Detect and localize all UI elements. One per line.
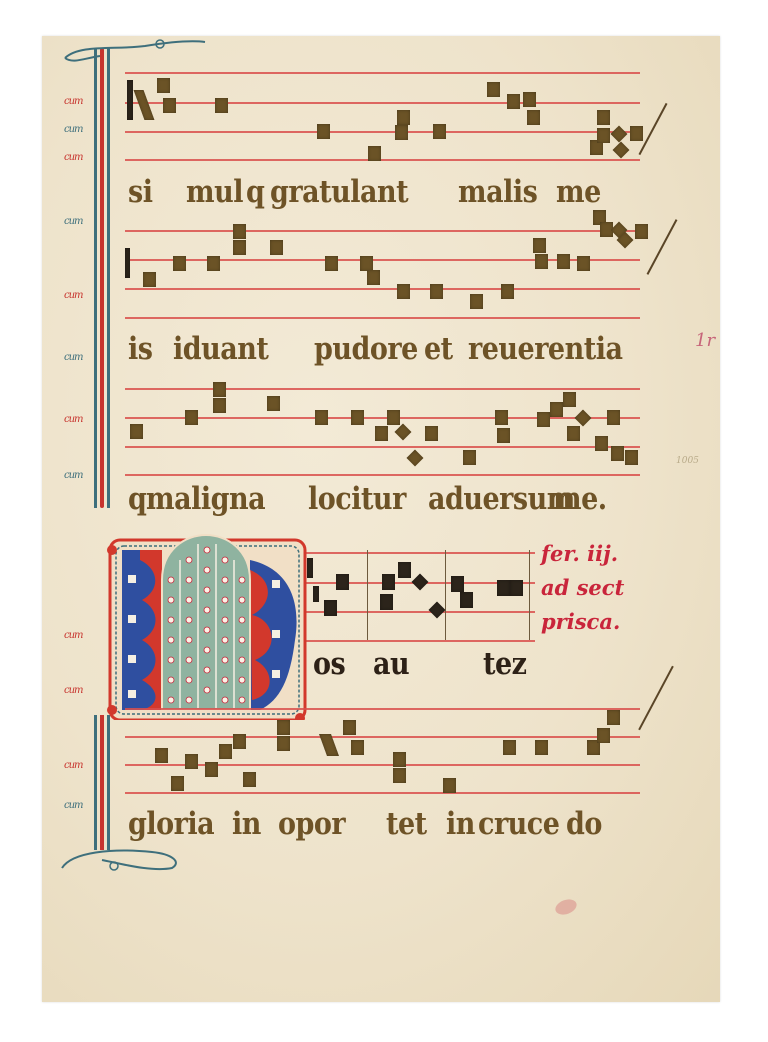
neume bbox=[205, 762, 218, 777]
neume bbox=[277, 736, 290, 751]
neume bbox=[495, 410, 508, 425]
neume bbox=[567, 426, 580, 441]
neume bbox=[433, 124, 446, 139]
neume-rhombus bbox=[407, 450, 424, 467]
neume-rhombus bbox=[613, 142, 630, 159]
neume bbox=[213, 398, 226, 413]
music-staff-2 bbox=[125, 228, 640, 320]
neume bbox=[368, 146, 381, 161]
neume bbox=[143, 272, 156, 287]
neume bbox=[207, 256, 220, 271]
neume bbox=[171, 776, 184, 791]
neume bbox=[510, 580, 523, 596]
neume bbox=[563, 392, 576, 407]
neume bbox=[130, 424, 143, 439]
neume bbox=[267, 396, 280, 411]
neume bbox=[535, 254, 548, 269]
music-staff-3 bbox=[125, 386, 640, 478]
neume bbox=[507, 94, 520, 109]
neume-rhombus bbox=[429, 602, 446, 619]
neume bbox=[325, 256, 338, 271]
neume bbox=[487, 82, 500, 97]
neume bbox=[157, 78, 170, 93]
rubric: fer. iij. ad sect prisca. bbox=[541, 537, 641, 639]
neume bbox=[550, 402, 563, 417]
clef bbox=[125, 248, 130, 278]
neume bbox=[533, 238, 546, 253]
neume bbox=[597, 128, 610, 143]
neume bbox=[595, 436, 608, 451]
neume-rhombus bbox=[395, 424, 412, 441]
neume bbox=[430, 284, 443, 299]
neume bbox=[497, 580, 510, 596]
neume bbox=[635, 224, 648, 239]
neume-rhombus bbox=[611, 126, 628, 143]
neume bbox=[277, 720, 290, 735]
neume bbox=[213, 382, 226, 397]
left-border-bar bbox=[92, 48, 112, 508]
neume bbox=[607, 410, 620, 425]
neume bbox=[233, 224, 246, 239]
neume bbox=[577, 256, 590, 271]
neume bbox=[625, 450, 638, 465]
neume bbox=[233, 734, 246, 749]
neume bbox=[497, 428, 510, 443]
neume bbox=[597, 728, 610, 743]
neume bbox=[425, 426, 438, 441]
neume bbox=[630, 126, 643, 141]
neume bbox=[382, 574, 395, 590]
neume bbox=[387, 410, 400, 425]
neume bbox=[243, 772, 256, 787]
margin-pencil-note: 1005 bbox=[676, 456, 699, 466]
neume bbox=[313, 586, 319, 602]
neume bbox=[343, 720, 356, 735]
clef bbox=[127, 80, 133, 120]
neume bbox=[398, 562, 411, 578]
neume bbox=[375, 426, 388, 441]
neume bbox=[324, 600, 337, 616]
neume bbox=[393, 752, 406, 767]
neume bbox=[503, 740, 516, 755]
music-staff-5 bbox=[125, 706, 640, 798]
neume bbox=[395, 125, 408, 140]
illuminated-initial bbox=[100, 520, 310, 720]
neume bbox=[527, 110, 540, 125]
neume bbox=[336, 574, 349, 590]
neume bbox=[393, 768, 406, 783]
neume bbox=[380, 594, 393, 610]
neume bbox=[315, 410, 328, 425]
neume bbox=[233, 240, 246, 255]
neume bbox=[535, 740, 548, 755]
neume bbox=[317, 124, 330, 139]
neume bbox=[557, 254, 570, 269]
neume bbox=[219, 744, 232, 759]
music-staff-1 bbox=[125, 70, 640, 162]
neume bbox=[367, 270, 380, 285]
neume bbox=[397, 284, 410, 299]
neume bbox=[611, 446, 624, 461]
margin-red-mark: 1r bbox=[695, 330, 715, 351]
neume bbox=[270, 240, 283, 255]
music-staff-4 bbox=[305, 550, 535, 642]
neume bbox=[607, 710, 620, 725]
neume bbox=[360, 256, 373, 271]
neume-rhombus bbox=[575, 410, 592, 427]
neume bbox=[185, 410, 198, 425]
neume bbox=[597, 110, 610, 125]
neume bbox=[215, 98, 228, 113]
neume bbox=[460, 592, 473, 608]
neume bbox=[397, 110, 410, 125]
neume bbox=[463, 450, 476, 465]
neume bbox=[501, 284, 514, 299]
neume-rhombus bbox=[412, 574, 429, 591]
neume bbox=[173, 256, 186, 271]
neume bbox=[185, 754, 198, 769]
neume bbox=[134, 90, 155, 120]
neume bbox=[537, 412, 550, 427]
neume bbox=[351, 410, 364, 425]
neume bbox=[470, 294, 483, 309]
neume bbox=[155, 748, 168, 763]
neume bbox=[443, 778, 456, 793]
left-border-bar-lower bbox=[92, 715, 112, 850]
neume bbox=[351, 740, 364, 755]
neume bbox=[451, 576, 464, 592]
neume bbox=[163, 98, 176, 113]
neume bbox=[523, 92, 536, 107]
